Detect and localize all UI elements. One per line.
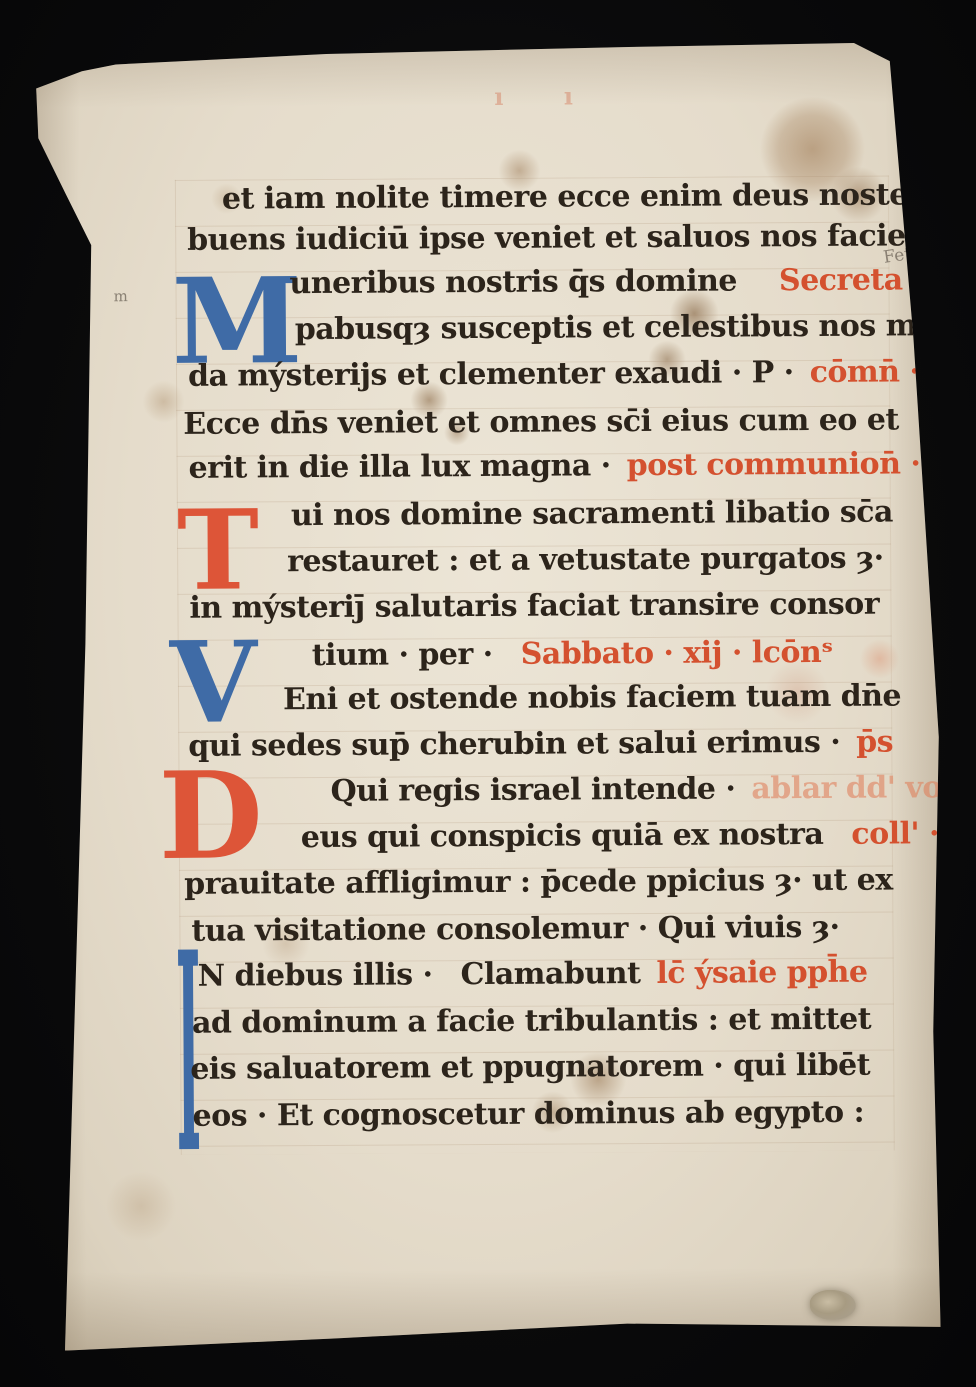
rubric-post-communion: post communion̄ · <box>627 446 921 483</box>
text-line: N diebus illis ·Clamabuntlc̄ ýsaie pph̄e <box>198 958 868 992</box>
text-line: et iam nolite timere ecce enim deus nost… <box>222 180 976 215</box>
text-line: erit in die illa lux magna ·post communi… <box>189 449 921 483</box>
text-segment: uneribus nostris q̄s domine <box>289 263 737 301</box>
text-line: Eni et ostende nobis faciem tuam dn̄e <box>283 681 901 715</box>
text-line: ui nos domine sacramenti libatio sc̄a <box>291 498 893 532</box>
text-segment: erit in die illa lux magna · <box>189 448 611 486</box>
rubric-communio: cōmn̄ · <box>810 354 920 390</box>
text-line: prauitate affligimur : p̄cede ppicius ȝ·… <box>184 866 893 900</box>
text-segment: buens iudiciū ipse veniet et saluos nos … <box>187 218 929 258</box>
text-segment: ad dominum a facie tribulantis : et mitt… <box>192 1002 871 1041</box>
text-line: tium · per ·Sabbato · xij · lcōnˢ <box>312 638 833 671</box>
text-segment: tua visitatione consolemur · Qui viuis ȝ… <box>191 910 839 949</box>
left-margin-pencil-mark: m <box>114 287 128 305</box>
text-segment: eis saluatorem et ppugnatorem · qui libē… <box>190 1048 870 1087</box>
text-segment: da mýsterijs et clementer exaudi · P · <box>188 355 794 394</box>
text-segment: restauret : et a vetustate purgatos ȝ· <box>287 541 884 580</box>
illuminated-initial-d: D <box>158 767 263 866</box>
text-segment: Qui regis israel intende · <box>330 771 735 808</box>
rubric-collecta: coll' · <box>851 816 939 852</box>
text-line: uneribus nostris q̄s domineSecreta <box>289 265 902 299</box>
manuscript-leaf: ı ı m Fet⁸ M T V D I et iam nolite timer… <box>24 37 948 1351</box>
text-line: qui sedes sup̄ cherubin et salui erimus … <box>188 728 893 762</box>
text-line: Qui regis israel intende ·ablar dd' vob' <box>331 773 972 807</box>
text-line: buens iudiciū ipse veniet et saluos nos … <box>187 221 929 256</box>
photo-stage: ı ı m Fet⁸ M T V D I et iam nolite timer… <box>0 0 976 1387</box>
text-line: tua visitatione consolemur · Qui viuis ȝ… <box>191 913 839 947</box>
rubric-sabbato: Sabbato · xij · lcōnˢ <box>521 635 833 672</box>
text-segment: eus qui conspicis quiā ex nostra <box>301 817 824 855</box>
text-segment: tium · per · <box>312 637 493 673</box>
text-segment: ui nos domine sacramenti libatio sc̄a <box>291 495 893 534</box>
text-line: in mýsterij̄ salutaris faciat transire c… <box>189 590 879 624</box>
text-segment: N diebus illis · <box>198 957 433 993</box>
text-segment: in mýsterij̄ salutaris faciat transire c… <box>189 587 879 626</box>
text-segment: et iam nolite timere ecce enim deus nost… <box>222 177 976 217</box>
text-line: eus qui conspicis quiā ex nostracoll' · <box>301 819 939 853</box>
text-line: pabusqȝ susceptis et celestibus nos mū <box>295 311 939 345</box>
text-line: eos · Et cognoscetur dominus ab egypto : <box>192 1098 864 1132</box>
text-segment: prauitate affligimur : p̄cede ppicius ȝ·… <box>184 863 893 902</box>
text-segment: eos · Et cognoscetur dominus ab egypto : <box>192 1095 864 1134</box>
illuminated-initial-m: M <box>171 273 302 371</box>
text-line: ad dominum a facie tribulantis : et mitt… <box>192 1005 871 1039</box>
text-line: da mýsterijs et clementer exaudi · P ·cō… <box>188 357 920 391</box>
text-segment: pabusqȝ susceptis et celestibus nos mū <box>295 308 939 347</box>
text-segment: Eni et ostende nobis faciem tuam dn̄e <box>283 678 901 717</box>
text-line: Ecce dn̄s veniet et omnes sc̄i eius cum … <box>183 405 899 439</box>
text-line: eis saluatorem et ppugnatorem · qui libē… <box>190 1051 870 1085</box>
rubric-lectio-ysaie: lc̄ ýsaie pph̄e <box>656 955 867 991</box>
faded-top-numerals: ı ı <box>494 81 599 111</box>
text-segment: Ecce dn̄s veniet et omnes sc̄i eius cum … <box>183 402 899 441</box>
text-segment: Clamabunt <box>460 956 640 992</box>
illuminated-initial-t: T <box>177 505 259 596</box>
illuminated-initial-v: V <box>170 637 257 729</box>
rubric-psalmus: p̄s <box>856 725 893 760</box>
wax-residue-spot <box>810 1290 856 1320</box>
text-line: restauret : et a vetustate purgatos ȝ· <box>287 544 884 578</box>
rubric-secreta: Secreta <box>779 262 903 298</box>
text-segment: qui sedes sup̄ cherubin et salui erimus … <box>188 725 840 764</box>
rubric-faded-note: ablar dd' vob' <box>751 770 971 806</box>
